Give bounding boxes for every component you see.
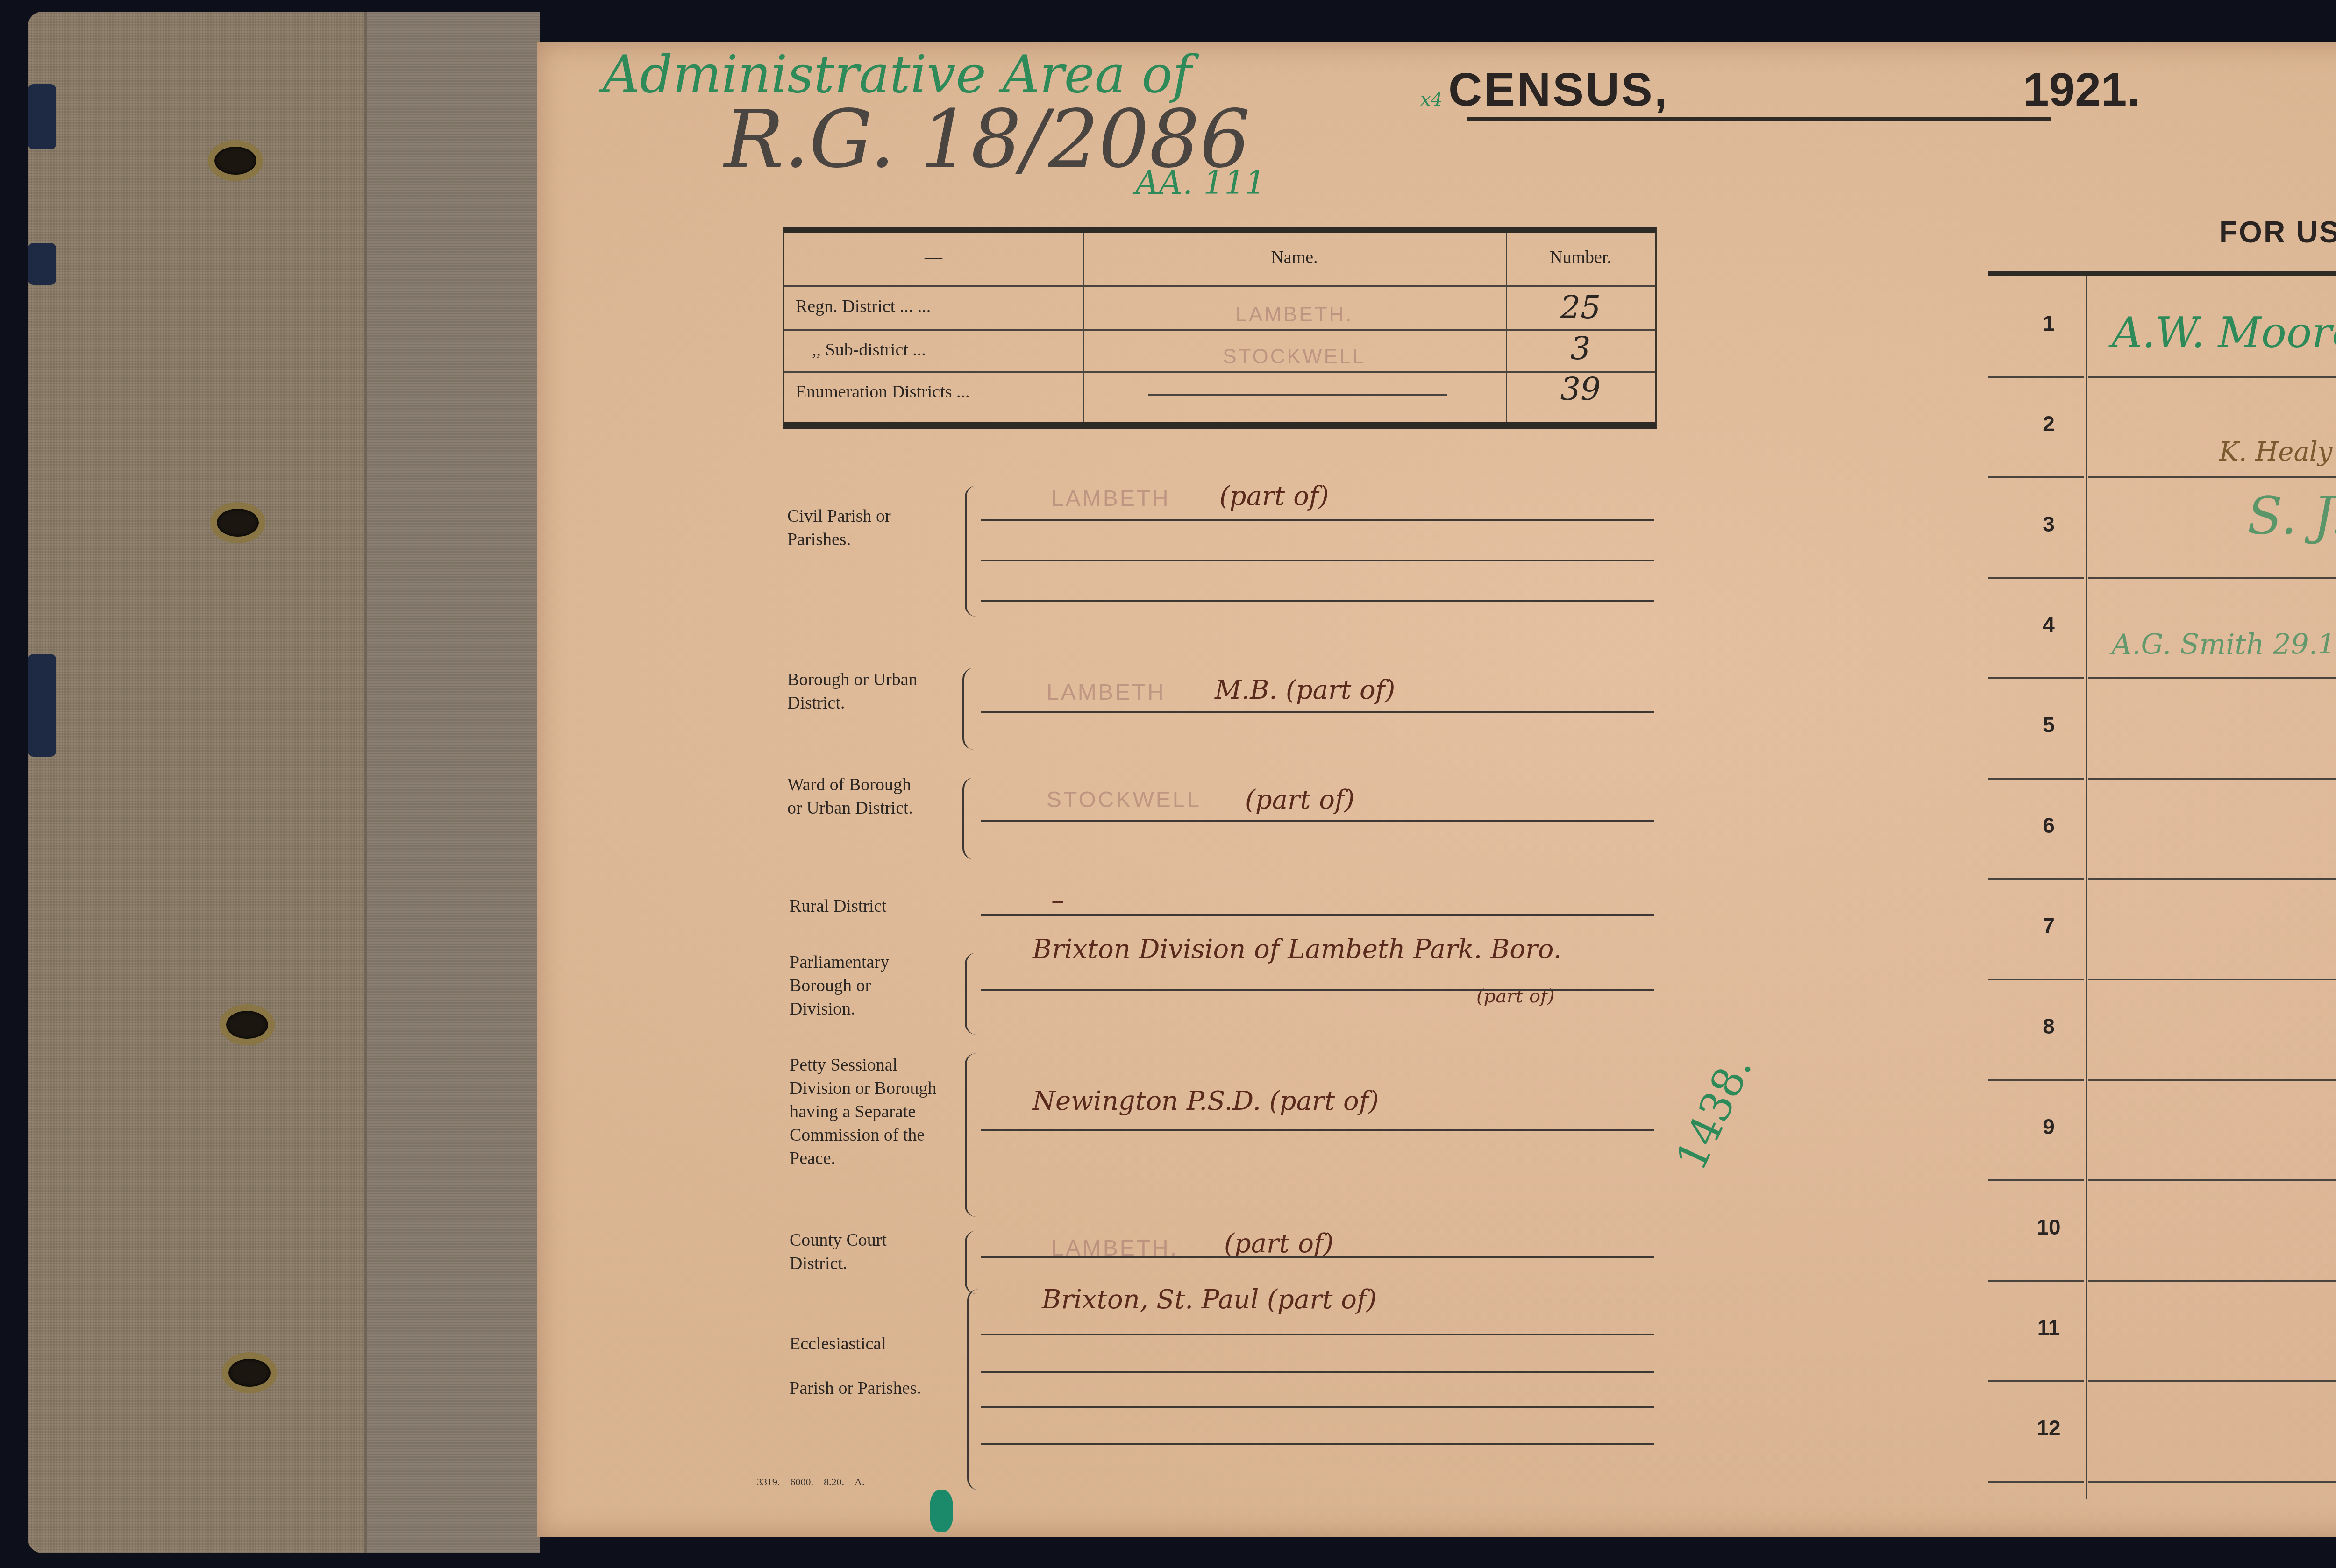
- table-divider: [784, 285, 1655, 287]
- office-row-number: 7: [2021, 913, 2077, 938]
- field-label-petty-sessional: Petty Sessional Division or Borough havi…: [790, 1053, 944, 1170]
- office-row-number: 2: [2021, 411, 2077, 436]
- field-value-civil-parish: (part of): [1219, 481, 1329, 511]
- field-label-borough: Borough or Urban District.: [787, 668, 927, 715]
- office-row-rule: [1988, 1280, 2084, 1282]
- row-label-regn-district: Regn. District ... ...: [796, 296, 931, 317]
- spine-label-mark: [28, 84, 56, 149]
- field-value-rural-district: –: [1051, 885, 1064, 915]
- field-value-parliamentary: Brixton Division of Lambeth Park. Boro.: [1033, 934, 1561, 965]
- brace: [962, 668, 974, 750]
- header-blank: —: [784, 247, 1083, 268]
- brace: [965, 486, 976, 617]
- field-label-parliamentary: Parliamentary Borough or Division.: [790, 951, 930, 1021]
- office-row-rule: [2088, 979, 2336, 980]
- title-underline: [1467, 117, 2051, 121]
- spine-label-mark: [28, 654, 56, 757]
- field-rule: [981, 519, 1654, 521]
- office-row-rule: [2088, 1179, 2336, 1181]
- office-row-rule: [2088, 476, 2336, 478]
- field-label-rural-district: Rural District: [790, 894, 887, 918]
- row-label-enumeration-districts: Enumeration Districts ...: [796, 382, 970, 402]
- registration-table: — Name. Number. Regn. District ... ... L…: [783, 227, 1657, 429]
- grommet-icon: [222, 1352, 277, 1393]
- office-row-rule: [2088, 577, 2336, 579]
- field-stamp-ward: STOCKWELL: [1047, 787, 1201, 813]
- office-row-rule: [1988, 677, 2084, 679]
- field-rule: [981, 1129, 1654, 1131]
- office-entry-4: A.G. Smith 29.12.21.: [2112, 628, 2336, 661]
- piece-sub: x4: [1420, 89, 1443, 110]
- office-row-number: 3: [2021, 511, 2077, 537]
- brace: [965, 1053, 976, 1217]
- field-value-county-court: (part of): [1224, 1228, 1333, 1259]
- row-number-sub-district: 3: [1506, 330, 1655, 367]
- field-rule: [981, 1334, 1654, 1335]
- office-row-rule: [2088, 1280, 2336, 1282]
- row-name-enumeration-districts-blank: [1148, 394, 1447, 396]
- office-row-number: 8: [2021, 1014, 2077, 1039]
- field-label-county-court: County Court District.: [790, 1228, 930, 1275]
- office-row-rule: [2088, 1380, 2336, 1382]
- office-row-rule: [1988, 1179, 2084, 1181]
- field-label-civil-parish: Civil Parish or Parishes.: [787, 504, 927, 551]
- office-row-rule: [1988, 1079, 2084, 1081]
- brace: [965, 1231, 976, 1294]
- brace: [962, 778, 974, 859]
- office-row-rule: [1988, 979, 2084, 980]
- office-row-rule: [1988, 577, 2084, 579]
- office-row-number: 1: [2021, 311, 2077, 336]
- office-row-number: 5: [2021, 712, 2077, 738]
- field-rule: [981, 711, 1654, 713]
- office-row-rule: [2088, 1481, 2336, 1483]
- field-rule: [981, 600, 1654, 602]
- row-number-enumeration-districts: 39: [1506, 371, 1655, 408]
- office-row-number: 9: [2021, 1114, 2077, 1139]
- field-rule: [981, 1406, 1654, 1408]
- grommet-icon: [210, 502, 265, 543]
- office-row-number: 11: [2021, 1315, 2077, 1340]
- field-stamp-civil-parish: LAMBETH: [1051, 486, 1170, 511]
- field-value2-parliamentary: (part of): [1476, 986, 1554, 1007]
- office-entry-2: K. Healy 16.1.22: [2219, 437, 2336, 467]
- book-spine-inner: [364, 12, 540, 1553]
- office-column-divider: [2086, 276, 2087, 1499]
- office-entry-1: A.W. Moore 1/2/22: [2112, 308, 2336, 357]
- office-row-rule: [1988, 878, 2084, 880]
- field-rule: [981, 989, 1654, 991]
- page-title: CENSUS,: [1448, 63, 1669, 117]
- piece-green: AA. 111: [1135, 163, 1266, 202]
- field-label-ward: Ward of Borough or Urban District.: [787, 773, 927, 820]
- office-row-number: 6: [2021, 813, 2077, 838]
- spine-label-mark: [28, 243, 56, 285]
- census-year: 1921.: [2023, 63, 2140, 117]
- office-row-rule: [2088, 1079, 2336, 1081]
- office-row-rule: [2088, 677, 2336, 679]
- field-rule: [981, 560, 1654, 561]
- office-entry-3: S. J. Jones: [2247, 486, 2336, 546]
- office-row-number: 4: [2021, 612, 2077, 637]
- header-name: Name.: [1083, 247, 1506, 268]
- office-row-rule: [2088, 878, 2336, 880]
- field-value-ward: (part of): [1245, 785, 1354, 815]
- field-rule: [981, 914, 1654, 916]
- brace: [967, 1289, 978, 1490]
- field-label-ecclesiastical: Ecclesiastical Parish or Parishes.: [790, 1322, 930, 1411]
- field-value-ecclesiastical: Brixton, St. Paul (part of): [1042, 1284, 1377, 1315]
- field-value-borough: M.B. (part of): [1215, 675, 1395, 705]
- field-rule: [981, 1371, 1654, 1373]
- brace: [965, 953, 976, 1035]
- office-row-rule: [2088, 778, 2336, 780]
- office-row-rule: [1988, 376, 2084, 378]
- census-office-title: FOR USE AT CENSUS OFFICE.: [2219, 215, 2336, 249]
- ink-stain: [930, 1490, 953, 1532]
- grommet-icon: [208, 140, 263, 181]
- form-code: 3319.—6000.—8.20.—A.: [757, 1476, 864, 1488]
- field-rule: [981, 1256, 1654, 1258]
- office-row-number: 10: [2021, 1214, 2077, 1240]
- row-label-sub-district: ,, Sub-district ...: [812, 340, 926, 360]
- field-rule: [981, 820, 1654, 822]
- office-row-rule: [1988, 476, 2084, 478]
- office-row-number: 12: [2021, 1415, 2077, 1440]
- header-number: Number.: [1506, 247, 1655, 268]
- field-value-petty-sessional: Newington P.S.D. (part of): [1033, 1086, 1379, 1116]
- office-table-top-rule: [1988, 271, 2336, 276]
- row-name-regn-district: LAMBETH.: [1083, 303, 1506, 326]
- grommet-icon: [220, 1004, 275, 1045]
- field-rule: [981, 1443, 1654, 1445]
- row-name-sub-district: STOCKWELL: [1083, 345, 1506, 369]
- row-number-regn-district: 25: [1506, 289, 1655, 326]
- office-row-rule: [2088, 376, 2336, 378]
- office-row-rule: [1988, 1481, 2084, 1483]
- field-stamp-borough: LAMBETH: [1047, 680, 1166, 705]
- office-row-rule: [1988, 1380, 2084, 1382]
- office-row-rule: [1988, 778, 2084, 780]
- book-binding-cloth: [28, 12, 411, 1553]
